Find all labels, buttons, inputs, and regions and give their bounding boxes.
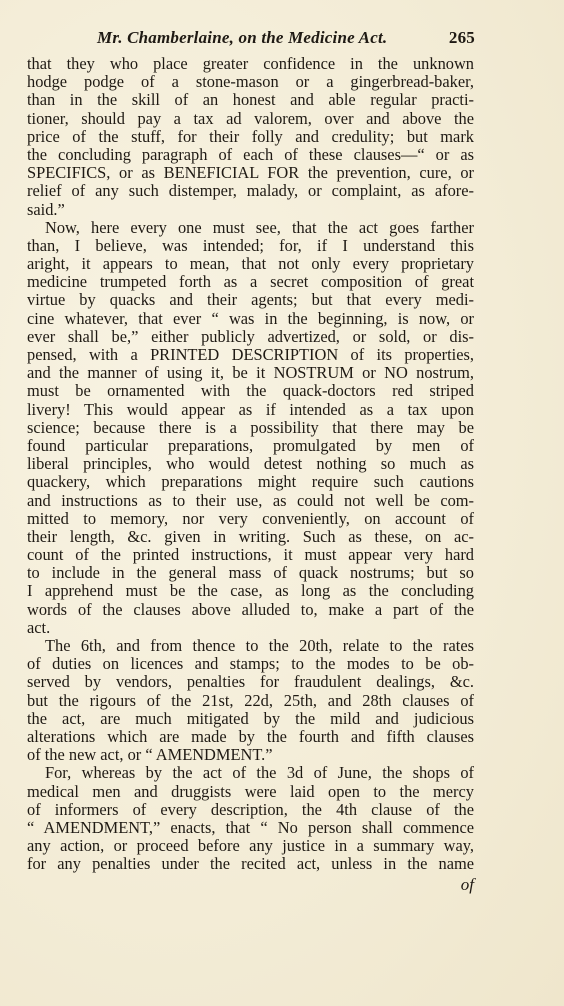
text-line: science; because there is a possibility … <box>27 419 474 437</box>
text-line: liberal principles, who would detest not… <box>27 455 474 473</box>
text-line: The 6th, and from thence to the 20th, re… <box>27 637 474 655</box>
text-line: that they who place greater confidence i… <box>27 55 474 73</box>
text-line: any action, or proceed before any justic… <box>27 837 474 855</box>
text-line: hodge podge of a stone-mason or a ginger… <box>27 73 474 91</box>
text-line: price of the stuff, for their folly and … <box>27 128 474 146</box>
running-title: Mr. Chamberlaine, on the Medicine Act. <box>97 28 387 48</box>
text-line: the concluding paragraph of each of thes… <box>27 146 474 164</box>
text-line: aright, it appears to mean, that not onl… <box>27 255 474 273</box>
text-line: served by vendors, penalties for fraudul… <box>27 673 474 691</box>
text-line: of the new act, or “ AMENDMENT.” <box>27 746 474 764</box>
page-number: 265 <box>449 28 475 48</box>
text-line: of duties on licences and stamps; to the… <box>27 655 474 673</box>
text-line: of informers of every description, the 4… <box>27 801 474 819</box>
text-line: count of the printed instructions, it mu… <box>27 546 474 564</box>
text-line: relief of any such distemper, malady, or… <box>27 182 474 200</box>
text-line: than, I believe, was intended; for, if I… <box>27 237 474 255</box>
text-line: words of the clauses above alluded to, m… <box>27 601 474 619</box>
text-line: said.” <box>27 201 474 219</box>
text-line: their length, &c. given in writing. Such… <box>27 528 474 546</box>
text-line: pensed, with a PRINTED DESCRIPTION of it… <box>27 346 474 364</box>
text-line: I apprehend must be the case, as long as… <box>27 582 474 600</box>
text-line: than in the skill of an honest and able … <box>27 91 474 109</box>
text-line: for any penalties under the recited act,… <box>27 855 474 873</box>
text-line: the act, are much mitigated by the mild … <box>27 710 474 728</box>
text-line: must be ornamented with the quack-doctor… <box>27 382 474 400</box>
text-line: mitted to memory, nor very conveniently,… <box>27 510 474 528</box>
book-page: Mr. Chamberlaine, on the Medicine Act. 2… <box>27 28 474 895</box>
text-line: to include in the general mass of quack … <box>27 564 474 582</box>
text-line: and instructions as to their use, as cou… <box>27 492 474 510</box>
text-line: ever shall be,” either publicly advertiz… <box>27 328 474 346</box>
text-line: cine whatever, that ever “ was in the be… <box>27 310 474 328</box>
text-line: SPECIFICS, or as BENEFICIAL FOR the prev… <box>27 164 474 182</box>
text-line: virtue by quacks and their agents; but t… <box>27 291 474 309</box>
text-line: quackery, which preparations might requi… <box>27 473 474 491</box>
text-line: For, whereas by the act of the 3d of Jun… <box>27 764 474 782</box>
running-header: Mr. Chamberlaine, on the Medicine Act. 2… <box>27 28 474 52</box>
text-line: medicine trumpeted forth as a secret com… <box>27 273 474 291</box>
text-line: medical men and druggists were laid open… <box>27 783 474 801</box>
text-line: alterations which are made by the fourth… <box>27 728 474 746</box>
text-line: and the manner of using it, be it NOSTRU… <box>27 364 474 382</box>
text-line: livery! This would appear as if intended… <box>27 401 474 419</box>
text-line: act. <box>27 619 474 637</box>
catchword: of <box>27 875 474 895</box>
text-line: “ AMENDMENT,” enacts, that “ No person s… <box>27 819 474 837</box>
text-line: tioner, should pay a tax ad valorem, ove… <box>27 110 474 128</box>
text-line: but the rigours of the 21st, 22d, 25th, … <box>27 692 474 710</box>
text-line: Now, here every one must see, that the a… <box>27 219 474 237</box>
body-text: that they who place greater confidence i… <box>27 55 474 873</box>
text-line: found particular preparations, promulgat… <box>27 437 474 455</box>
